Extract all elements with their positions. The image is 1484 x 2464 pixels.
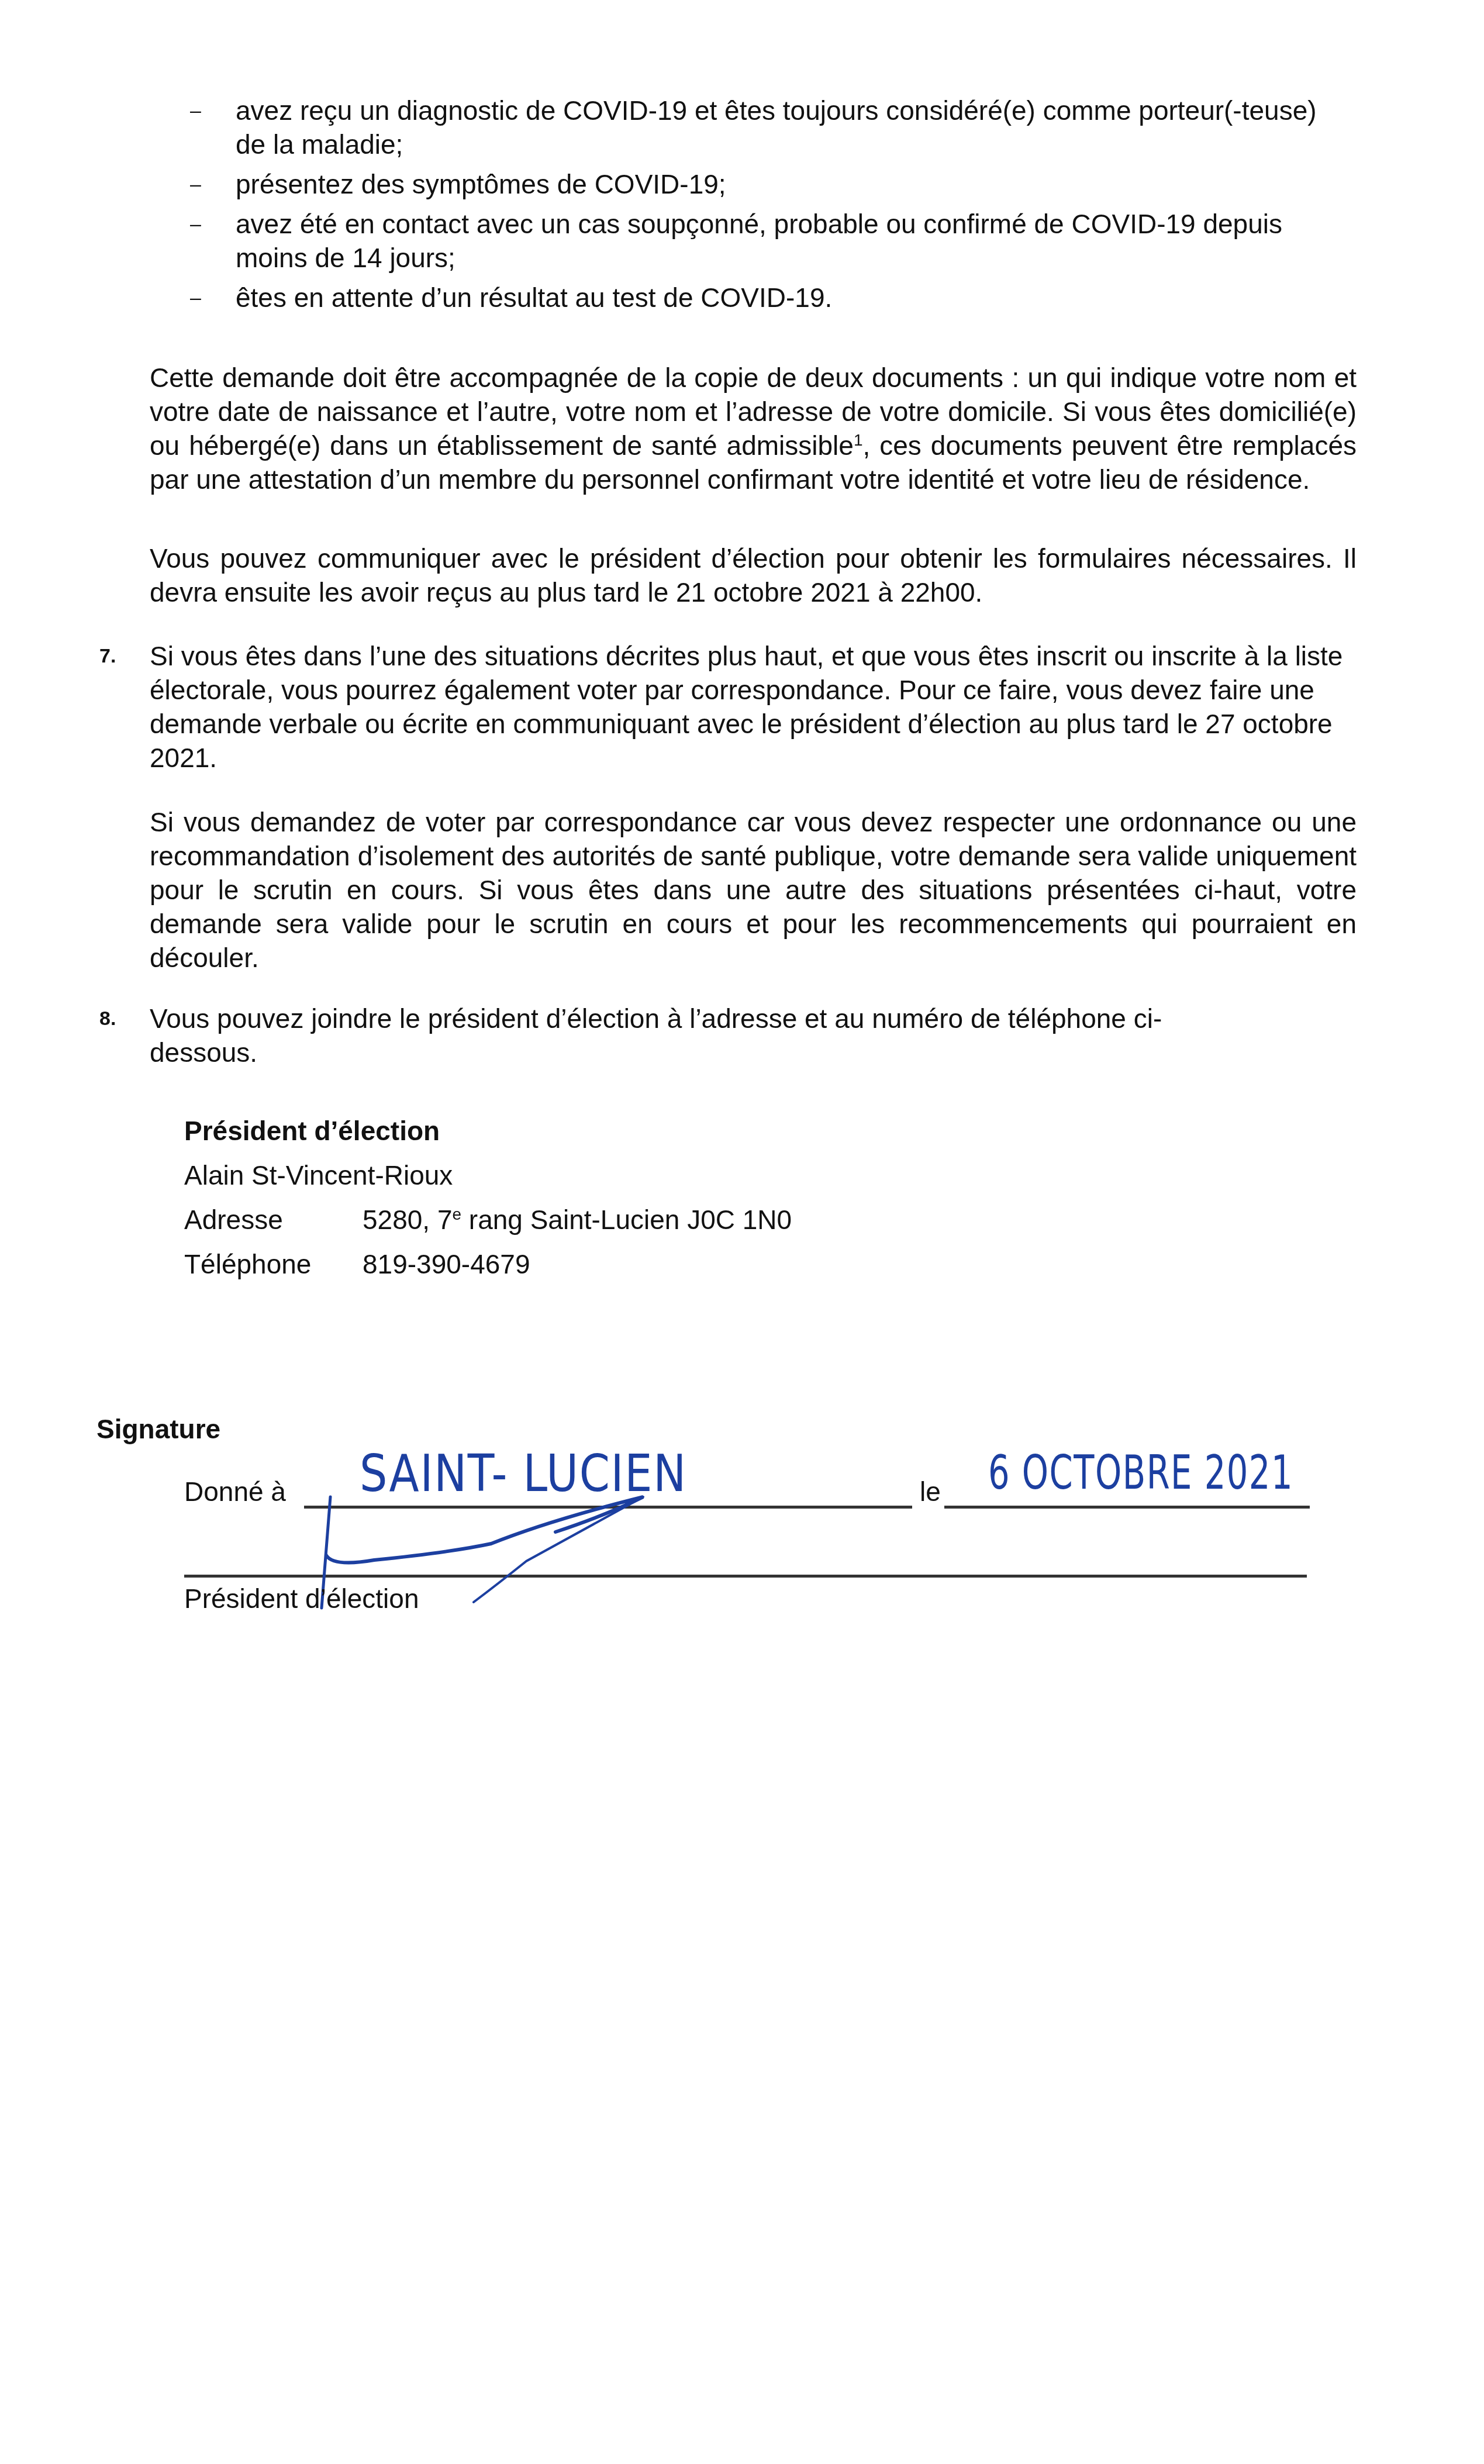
contact-title: Président d’élection: [184, 1114, 792, 1148]
signer-label: Président d’élection: [184, 1582, 419, 1616]
dash-icon: –: [190, 94, 201, 127]
address-value: 5280, 7e rang Saint-Lucien J0C 1N0: [363, 1203, 792, 1237]
item-8-paragraph: Vous pouvez joindre le président d’élect…: [150, 1002, 1249, 1069]
phone-label: Téléphone: [184, 1247, 363, 1281]
list-item: –avez été en contact avec un cas soupçon…: [190, 207, 1354, 275]
given-at-label: Donné à: [184, 1475, 286, 1509]
contact-name: Alain St-Vincent-Rioux: [184, 1158, 453, 1192]
date-handwriting: 6 OCTOBRE 2021: [988, 1445, 1293, 1500]
dash-icon: –: [190, 167, 201, 201]
forms-paragraph: Vous pouvez communiquer avec le présiden…: [150, 541, 1357, 609]
date-label: le: [920, 1475, 941, 1509]
dash-icon: –: [190, 207, 201, 241]
item-8: 8. Vous pouvez joindre le président d’él…: [99, 1002, 1357, 1069]
item-7: 7. Si vous êtes dans l’une des situation…: [99, 639, 1357, 975]
address-label: Adresse: [184, 1203, 363, 1237]
contact-block: Président d’élection Alain St-Vincent-Ri…: [184, 1114, 792, 1281]
signature-scribble-icon: [304, 1485, 748, 1649]
date-line: [944, 1506, 1310, 1509]
item-number: 8.: [99, 1002, 140, 1036]
item-7-paragraph-1: Si vous êtes dans l’une des situations d…: [150, 639, 1357, 775]
document-page: –avez reçu un diagnostic de COVID-19 et …: [0, 0, 1484, 2464]
signature-heading: Signature: [96, 1412, 220, 1446]
list-item: –êtes en attente d’un résultat au test d…: [190, 281, 1354, 315]
item-number: 7.: [99, 639, 140, 673]
dash-icon: –: [190, 281, 201, 315]
list-item: –avez reçu un diagnostic de COVID-19 et …: [190, 94, 1354, 161]
conditions-list: –avez reçu un diagnostic de COVID-19 et …: [190, 94, 1354, 320]
documents-paragraph: Cette demande doit être accompagnée de l…: [150, 361, 1357, 496]
list-item: –présentez des symptômes de COVID-19;: [190, 167, 1354, 201]
item-7-paragraph-2: Si vous demandez de voter par correspond…: [150, 805, 1357, 975]
footnote-ref: 1: [854, 431, 863, 449]
phone-value: 819-390-4679: [363, 1247, 530, 1281]
